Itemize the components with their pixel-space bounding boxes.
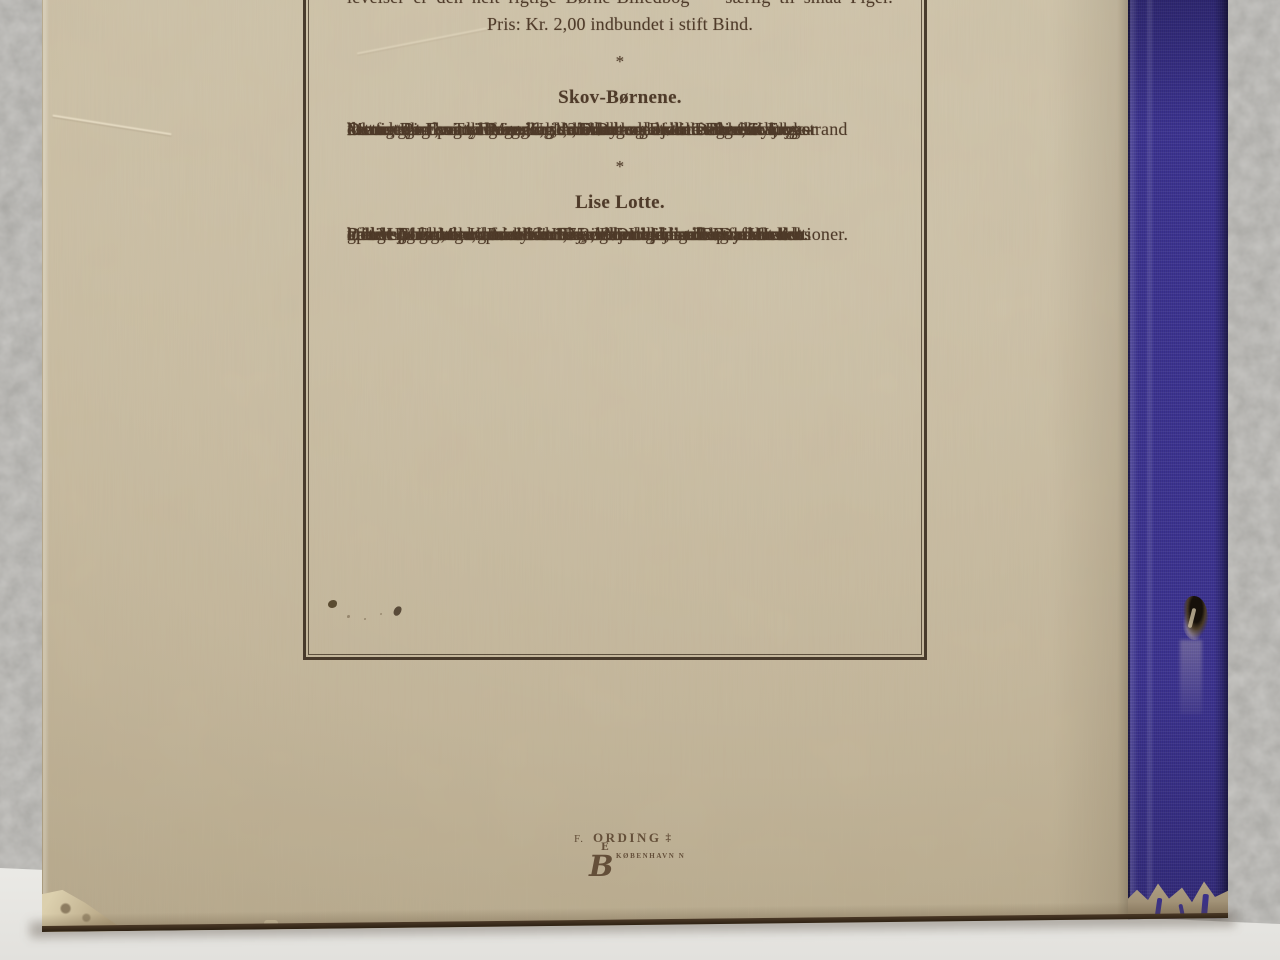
price-line: Pris: Kr. 1,75 indbundet i stift Bind. xyxy=(347,221,893,248)
printer-monogram-letter: B xyxy=(589,849,614,883)
price-line: Pris: Kr. 1,35 indbundet i stift Bind. xyxy=(347,116,893,143)
printer-mark-name-rest: ORDING xyxy=(593,830,661,846)
spine-cloth xyxy=(1128,0,1228,936)
spine-hole xyxy=(1182,596,1208,640)
advert-text-column: levelser er den helt rigtige Børne-Bille… xyxy=(347,0,893,248)
section-title: Skov-Børnene. xyxy=(347,84,893,112)
section-title: Lise Lotte. xyxy=(347,189,893,217)
printer-mark: F. EB ORDING ‡ KØBENHAVN N xyxy=(574,833,694,867)
section-separator-star: * xyxy=(347,153,893,181)
clipped-top-line: levelser er den helt rigtige Børne-Bille… xyxy=(347,0,893,11)
printer-mark-city: KØBENHAVN N xyxy=(616,852,685,860)
photo-stage: levelser er den helt rigtige Børne-Bille… xyxy=(0,0,1280,960)
price-line: Pris: Kr. 2,00 indbundet i stift Bind. xyxy=(347,11,893,38)
spine-scuff xyxy=(1180,640,1202,714)
printed-frame: levelser er den helt rigtige Børne-Bille… xyxy=(303,0,927,660)
printer-mark-prefix: F. xyxy=(574,833,584,845)
section-separator-star: * xyxy=(347,48,893,76)
printer-emblem-icon: ‡ xyxy=(665,832,671,844)
